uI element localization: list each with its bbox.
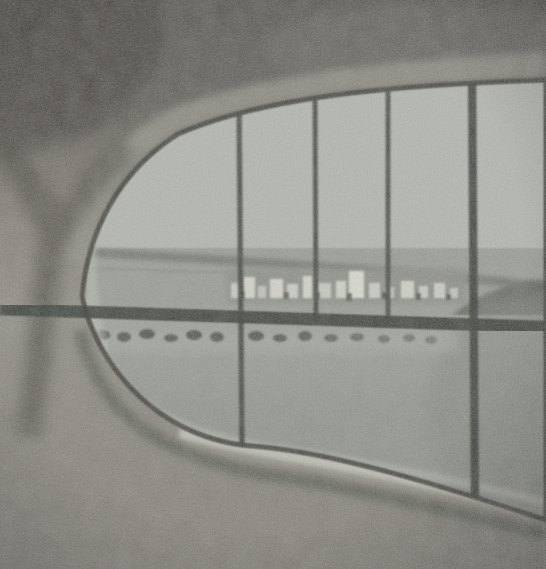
photo-stage xyxy=(0,0,546,569)
photo-svg xyxy=(0,0,546,569)
film-grain-dark xyxy=(0,0,546,569)
